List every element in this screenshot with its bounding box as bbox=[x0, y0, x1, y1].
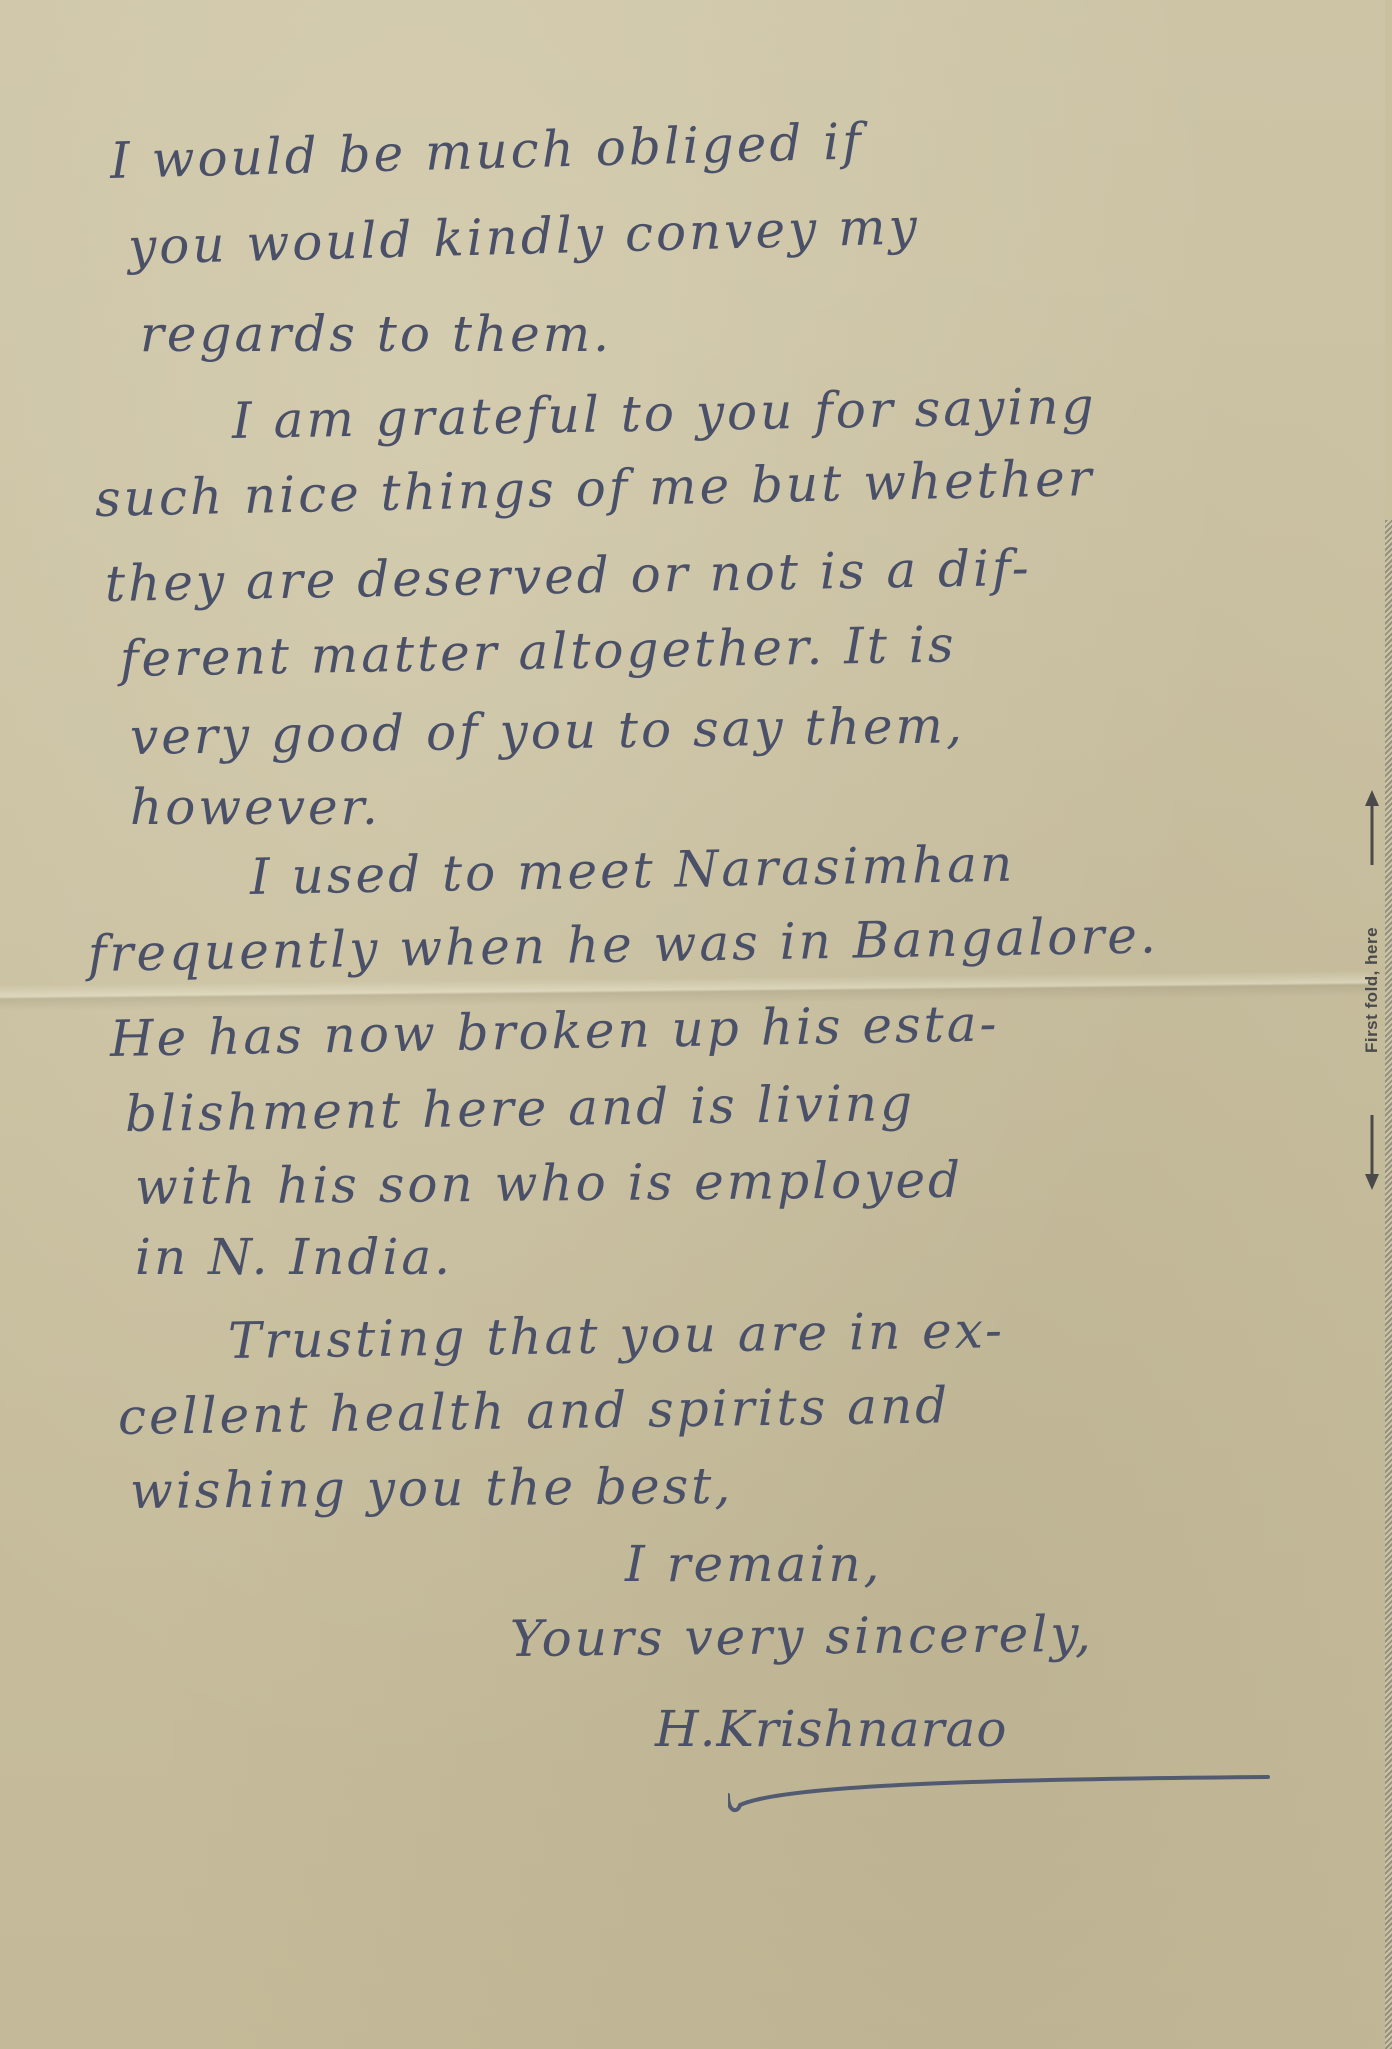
arrow-down-icon bbox=[1362, 1115, 1382, 1190]
letter-line: regards to them. bbox=[140, 305, 612, 363]
letter-line: Trusting that you are in ex- bbox=[228, 1301, 1006, 1370]
arrow-up-icon bbox=[1362, 790, 1382, 865]
letter-line: I would be much obliged if bbox=[109, 112, 864, 190]
closing-line: Yours very sincerely, bbox=[510, 1605, 1094, 1668]
letter-line: they are deserved or not is a dif- bbox=[104, 539, 1032, 613]
letter-line: wishing you the best, bbox=[130, 1457, 734, 1520]
fold-instruction: First fold, here bbox=[1352, 790, 1392, 1190]
signature: H.Krishnarao bbox=[655, 1700, 1007, 1758]
closing-line: I remain, bbox=[625, 1535, 882, 1593]
letter-line: cellent health and spirits and bbox=[118, 1376, 951, 1446]
signature-flourish bbox=[728, 1775, 1276, 1815]
letter-line: He has now broken up his esta- bbox=[109, 994, 999, 1068]
letter-line: however. bbox=[130, 778, 381, 836]
letter-line: frequently when he was in Bangalore. bbox=[87, 906, 1159, 983]
letter-line: ferent matter altogether. It is bbox=[119, 615, 957, 688]
letter-line: with his son who is employed bbox=[135, 1151, 964, 1216]
letter-line: in N. India. bbox=[135, 1228, 453, 1286]
letter-line: blishment here and is living bbox=[125, 1074, 916, 1143]
letter-line: such nice things of me but whether bbox=[94, 449, 1095, 528]
letter-page: I would be much obliged if you would kin… bbox=[0, 0, 1392, 2049]
letter-line: you would kindly convey my bbox=[127, 197, 920, 276]
fold-instruction-text: First fold, here bbox=[1362, 927, 1382, 1053]
letter-line: I am grateful to you for saying bbox=[231, 377, 1096, 450]
letter-line: I used to meet Narasimhan bbox=[249, 835, 1015, 906]
letter-line: very good of you to say them, bbox=[130, 696, 966, 766]
